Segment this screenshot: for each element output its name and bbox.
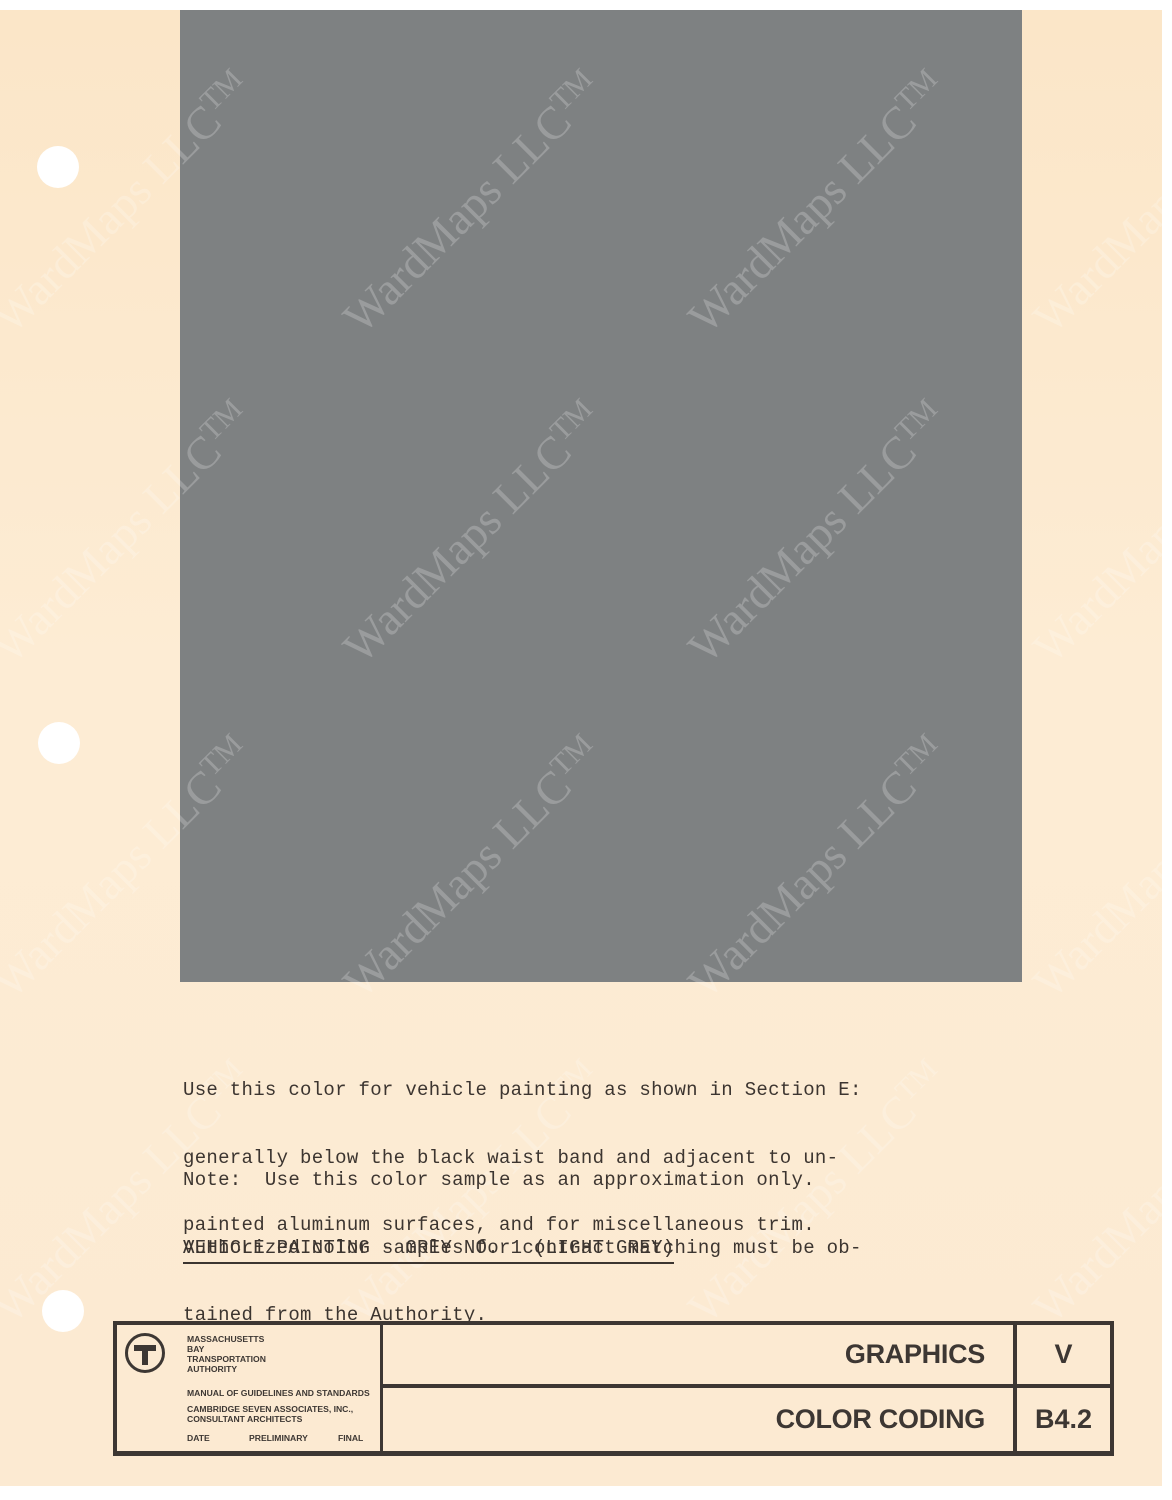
title-block-codes: V B4.2 xyxy=(1017,1325,1110,1451)
section-code: V xyxy=(1017,1325,1110,1388)
title-block: MASSACHUSETTS BAY TRANSPORTATION AUTHORI… xyxy=(113,1321,1114,1456)
color-swatch xyxy=(180,10,1022,982)
status-date: DATE xyxy=(187,1433,210,1443)
section-title: GRAPHICS xyxy=(383,1325,1013,1388)
title-block-titles: GRAPHICS COLOR CODING xyxy=(383,1325,1017,1451)
status-preliminary: PRELIMINARY xyxy=(249,1433,308,1443)
page-code: B4.2 xyxy=(1017,1388,1110,1451)
page-title: COLOR CODING xyxy=(383,1388,1013,1451)
title-block-org-panel: MASSACHUSETTS BAY TRANSPORTATION AUTHORI… xyxy=(117,1325,383,1451)
manual-title: MANUAL OF GUIDELINES AND STANDARDS xyxy=(187,1388,370,1398)
watermark-text: WardMaps LLCTM xyxy=(1022,62,1162,343)
watermark-text: WardMaps LLCTM xyxy=(1022,727,1162,1008)
document-page: WardMaps LLCTMWardMaps LLCTMWardMaps LLC… xyxy=(0,10,1162,1486)
text-line: Use this color for vehicle painting as s… xyxy=(183,1079,862,1102)
swatch-caption: VEHICLE PAINTING - GREY NO. 1 (LIGHT GRE… xyxy=(183,1237,674,1264)
watermark-text: WardMaps LLCTM xyxy=(1022,392,1162,673)
binder-hole-middle xyxy=(38,722,80,764)
binder-hole-top xyxy=(37,146,79,188)
watermark-text: WardMaps LLCTM xyxy=(1022,1052,1162,1333)
org-name: MASSACHUSETTS BAY TRANSPORTATION AUTHORI… xyxy=(187,1334,266,1374)
text-line: Note: Use this color sample as an approx… xyxy=(183,1169,862,1192)
binder-hole-bottom xyxy=(42,1290,84,1332)
consultant-name: CAMBRIDGE SEVEN ASSOCIATES, INC., CONSUL… xyxy=(187,1404,353,1424)
mbta-t-logo-icon xyxy=(125,1333,165,1373)
status-final: FINAL xyxy=(338,1433,363,1443)
